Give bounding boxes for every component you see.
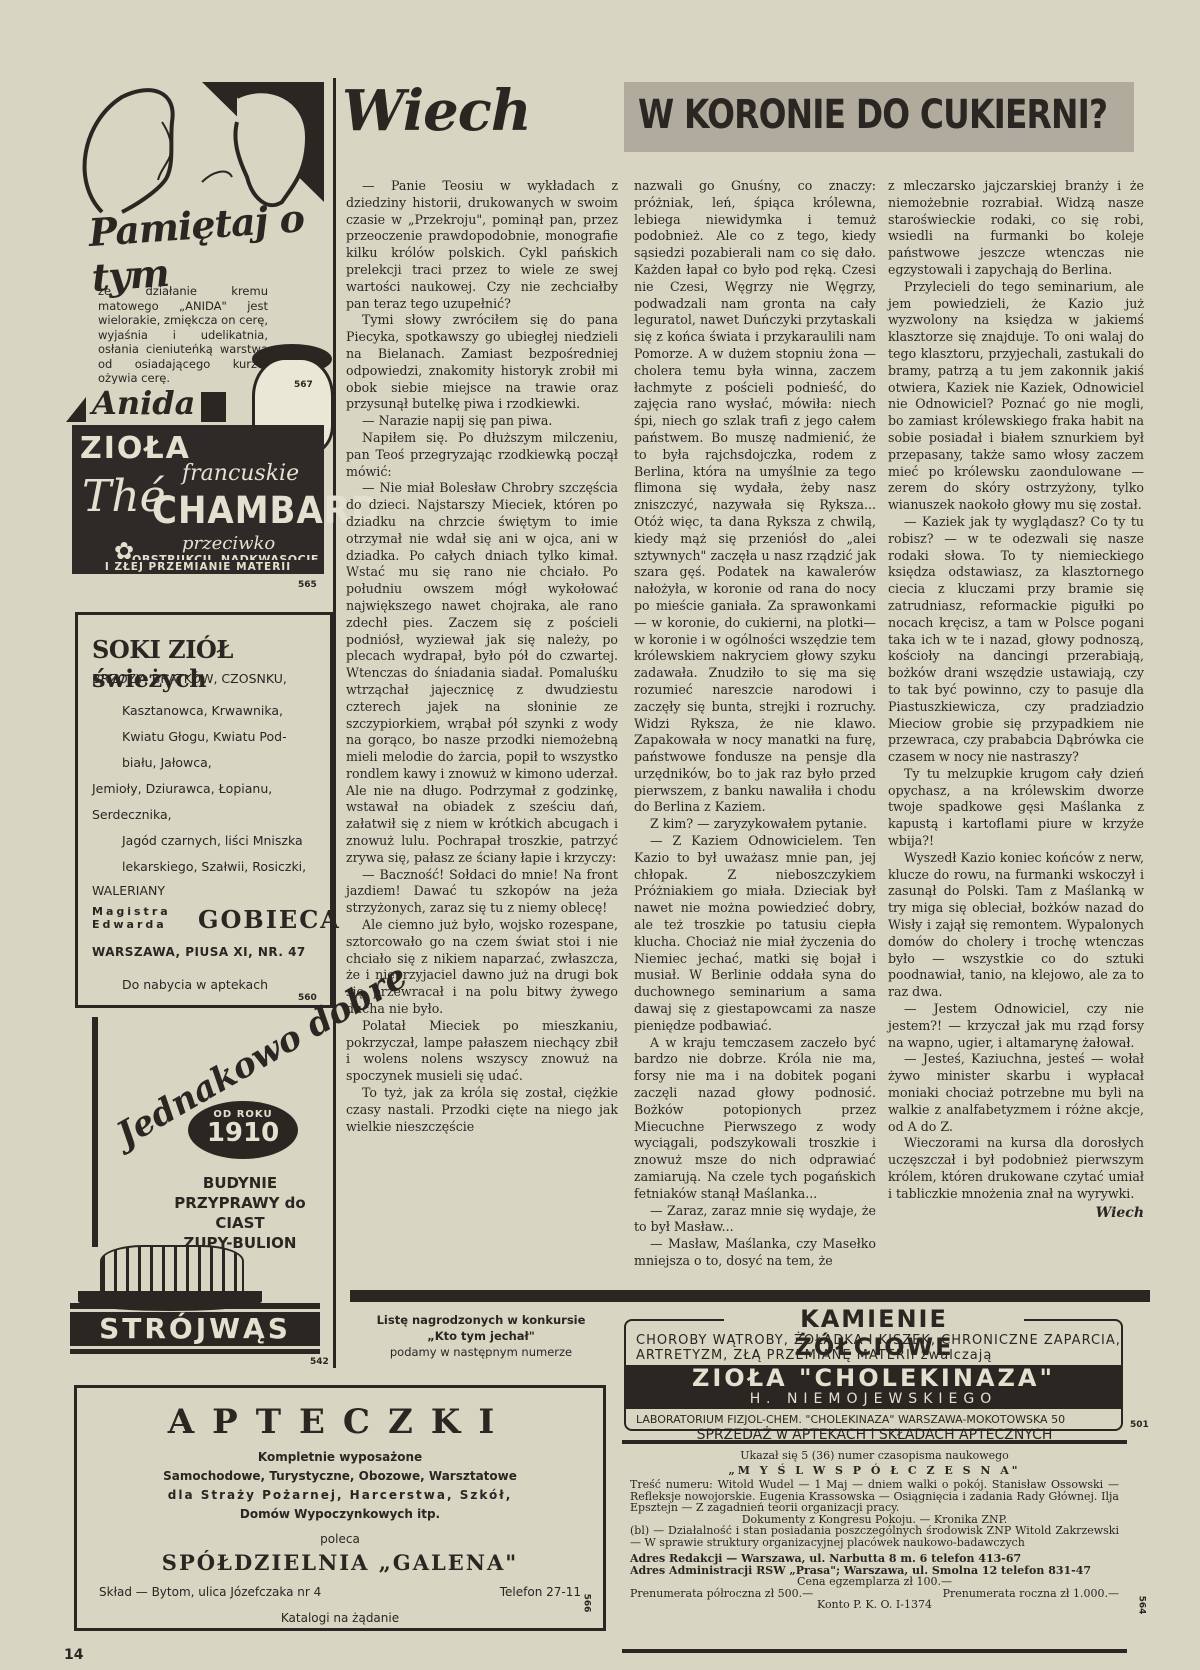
soki-ziol-ad: SOKI ZIÓŁ świeżych BRZOZY, BRATKÓW, CZOS… <box>75 612 333 1008</box>
page-number: 14 <box>64 1647 83 1663</box>
divider <box>70 1349 320 1354</box>
edwarda: Edwarda <box>92 918 167 931</box>
paragraph: — Panie Teosiu w wykładach z dziedziny h… <box>346 178 618 312</box>
mysl-contents: Treść numeru: Witold Wudel — 1 Maj — dni… <box>622 1479 1127 1514</box>
paragraph: Wieczorami na kursa dla dorosłych uczęsz… <box>888 1135 1144 1202</box>
paragraph: — Baczność! Sołdaci do mnie! Na front ja… <box>346 867 618 917</box>
mysl-wspolczesna-notice: Ukazał się 5 (36) numer czasopisma nauko… <box>622 1440 1127 1653</box>
horizontal-rule <box>350 1290 1150 1302</box>
apteczki-contact: Skład — Bytom, ulica Józefczaka nr 4 Tel… <box>77 1585 603 1599</box>
anida-body: że działanie kremu matowego „ANIDA" jest… <box>98 284 268 386</box>
mysl-title: „M Y Ś L W S P Ó Ł C Z E S N A" <box>622 1465 1127 1477</box>
ad-number: 542 <box>310 1357 329 1367</box>
anida-logo: Anida <box>86 384 201 422</box>
paragraph: Ty tu melzupkie krugom cały dzień opycha… <box>888 766 1144 850</box>
paragraph: Polatał Mieciek po mieszkaniu, pokrzycza… <box>346 1018 618 1085</box>
konkurs-line1: Listę nagrodzonych w konkursie <box>350 1312 612 1328</box>
author-signature: Wiech <box>888 1205 1144 1222</box>
paragraph: A w kraju temczasem zaczeło być bardzo n… <box>634 1035 876 1203</box>
wiech-logo: Wiech <box>342 78 531 144</box>
soki-line: WALERIANY <box>92 883 165 898</box>
paragraph: — Kaziek jak ty wyglądasz? Co ty tu robi… <box>888 514 1144 766</box>
apteczki-line: Kompletnie wyposażone <box>77 1448 603 1467</box>
kamienie-product: ZIOŁA "CHOLEKINAZA" <box>626 1365 1121 1391</box>
konkurs-notice: Listę nagrodzonych w konkursie „Kto tym … <box>350 1312 612 1360</box>
ad-number: 565 <box>298 580 317 590</box>
apteczki-poleca: poleca <box>77 1532 603 1546</box>
soki-line: Jemioły, Dziurawca, Łopianu, <box>92 781 272 796</box>
paragraph: Wyszedł Kazio koniec końców z nerw, kluc… <box>888 850 1144 1001</box>
mysl-contents3: (bl) — Działalność i stan posiadania pos… <box>622 1525 1127 1548</box>
kamienie-lab: LABORATORIUM FIZJOL-CHEM. "CHOLEKINAZA" … <box>636 1413 1065 1426</box>
paragraph: — Zaraz, zaraz mnie się wydaje, że to by… <box>634 1203 876 1237</box>
chambard-line4: I ZŁEJ PRZEMIANIE MATERII <box>72 560 324 574</box>
ad-number: 566 <box>581 1594 591 1613</box>
mysl-account: Konto P. K. O. I-1374 <box>622 1599 1127 1611</box>
soki-magistra: MagistraEdwarda <box>92 905 171 931</box>
since-badge: OD ROKU 1910 <box>188 1101 298 1159</box>
soki-line: Jagód czarnych, liści Mniszka <box>122 833 303 848</box>
apteczki-title: APTECZKI <box>77 1402 603 1442</box>
paragraph: z mleczarsko jajczarskiej branży i że ni… <box>888 178 1144 279</box>
mysl-redakcja: Adres Redakcji — Warszawa, ul. Narbutta … <box>622 1553 1127 1565</box>
paragraph: To tyż, jak za króla się został, ciężkie… <box>346 1085 618 1135</box>
ad-number: 501 <box>1130 1420 1149 1430</box>
paragraph: nazwali go Gnuśny, co znaczy: próżniak, … <box>634 178 876 816</box>
paragraph: — Jesteś, Kaziuchna, jesteś — wołał żywo… <box>888 1051 1144 1135</box>
magistra: Magistra <box>92 905 171 918</box>
chambard-francuskie: francuskie <box>182 461 299 486</box>
ad-number: 564 <box>1136 1596 1146 1615</box>
chambard-ad: ZIOŁA francuskie Thé CHAMBARD ✿ przeciwk… <box>72 425 324 573</box>
paragraph: Napiłem się. Po dłuższym milczeniu, pan … <box>346 430 618 480</box>
kamienie-product-band: ZIOŁA "CHOLEKINAZA" H. NIEMOJEWSKIEGO <box>626 1365 1121 1409</box>
paragraph: — Nie miał Bolesław Chrobry szczęścia do… <box>346 480 618 866</box>
soki-line: Kasztanowca, Krwawnika, <box>122 703 283 718</box>
ladle-icon <box>92 1017 98 1247</box>
soki-address: WARSZAWA, PIUSA XI, NR. 47 <box>92 945 306 959</box>
mysl-year: Prenumerata roczna zł 1.000.— <box>943 1588 1119 1600</box>
product-line: BUDYNIE <box>150 1173 330 1193</box>
paragraph: Tymi słowy zwróciłem się do pana Piecyka… <box>346 312 618 413</box>
kamienie-line1: CHOROBY WĄTROBY, ŻOŁĄDKA I KISZEK, CHRON… <box>636 1333 1121 1348</box>
apteczki-line: dla Straży Pożarnej, Harcerstwa, Szkół, <box>77 1486 603 1505</box>
article-column-1: — Panie Teosiu w wykładach z dziedziny h… <box>346 178 618 1135</box>
konkurs-line2: „Kto tym jechał" <box>350 1328 612 1344</box>
title-box: W KORONIE DO CUKIERNI? <box>624 82 1134 152</box>
soki-availability: Do nabycia w aptekach <box>122 977 268 992</box>
mysl-half-year: Prenumerata półroczna zł 500.— <box>630 1588 813 1600</box>
soki-line: lekarskiego, Szałwii, Rosiczki, <box>122 859 306 874</box>
anida-ad: Pamiętaj o tym że działanie kremu matowe… <box>62 62 324 422</box>
since-year: 1910 <box>188 1120 298 1146</box>
soki-line: biału, Jałowca, <box>122 755 212 770</box>
chambard-przeciwko: przeciwko <box>182 533 275 554</box>
soki-line: BRZOZY, BRATKÓW, CZOSNKU, <box>92 671 287 686</box>
apteczki-line: Domów Wypoczynkowych itp. <box>77 1505 603 1524</box>
article-title: W KORONIE DO CUKIERNI? <box>638 92 1107 138</box>
soki-surname: GOBIECA <box>198 905 341 934</box>
paragraph: Ale ciemno już było, wojsko rozespane, s… <box>346 917 618 1018</box>
paragraph: — Z Kaziem Odnowicielem. Ten Kazio to by… <box>634 833 876 1035</box>
apteczki-catalogs: Katalogi na żądanie <box>77 1611 603 1625</box>
apteczki-ad: APTECZKI Kompletnie wyposażone Samochodo… <box>74 1385 606 1631</box>
kamienie-zolciowe-ad: KAMIENIE ŻÓŁCIOWE CHOROBY WĄTROBY, ŻOŁĄD… <box>622 1305 1127 1433</box>
soki-line: Serdecznika, <box>92 807 172 822</box>
soki-line: Kwiatu Głogu, Kwiatu Pod- <box>122 729 287 744</box>
ad-number: 567 <box>294 380 313 390</box>
chambard-ziola: ZIOŁA <box>80 431 191 466</box>
strojwas-products: BUDYNIE PRZYPRAWY do CIAST ZUPY-BULION <box>150 1173 330 1253</box>
article-column-3: z mleczarsko jajczarskiej branży i że ni… <box>888 178 1144 1221</box>
apteczki-address: Skład — Bytom, ulica Józefczaka nr 4 <box>99 1585 321 1599</box>
article-column-2: nazwali go Gnuśny, co znaczy: próżniak, … <box>634 178 876 1270</box>
paragraph: Przylecieli do tego seminarium, ale jem … <box>888 279 1144 514</box>
apteczki-company: SPÓŁDZIELNIA „GALENA" <box>77 1550 603 1575</box>
paragraph: — Jestem Odnowiciel, czy nie jestem?! — … <box>888 1001 1144 1051</box>
kamienie-line2: ARTRETYZM, ZŁĄ PRZEMIANĘ MATERII zwalcza… <box>636 1348 992 1363</box>
apteczki-line: Samochodowe, Turystyczne, Obozowe, Warsz… <box>77 1467 603 1486</box>
column-rule-left <box>333 78 336 1368</box>
divider <box>70 1303 320 1309</box>
paragraph: Z kim? — zaryzykowałem pytanie. <box>634 816 876 833</box>
mysl-price: Cena egzemplarza zł 100.— <box>622 1576 1127 1588</box>
strojwas-ad: Jednakowo dobre OD ROKU 1910 BUDYNIE PRZ… <box>70 1005 332 1365</box>
apteczki-phone: Telefon 27-11 <box>500 1585 581 1599</box>
kamienie-maker: H. NIEMOJEWSKIEGO <box>626 1391 1121 1407</box>
konkurs-line3: podamy w następnym numerze <box>350 1344 612 1360</box>
paragraph: — Masław, Maślanka, czy Masełko mniejsza… <box>634 1236 876 1270</box>
product-line: PRZYPRAWY do CIAST <box>150 1193 330 1233</box>
paragraph: — Narazie napij się pan piwa. <box>346 413 618 430</box>
mysl-intro: Ukazał się 5 (36) numer czasopisma nauko… <box>622 1450 1127 1462</box>
strojwas-brand: STRÓJWĄS <box>70 1312 320 1346</box>
